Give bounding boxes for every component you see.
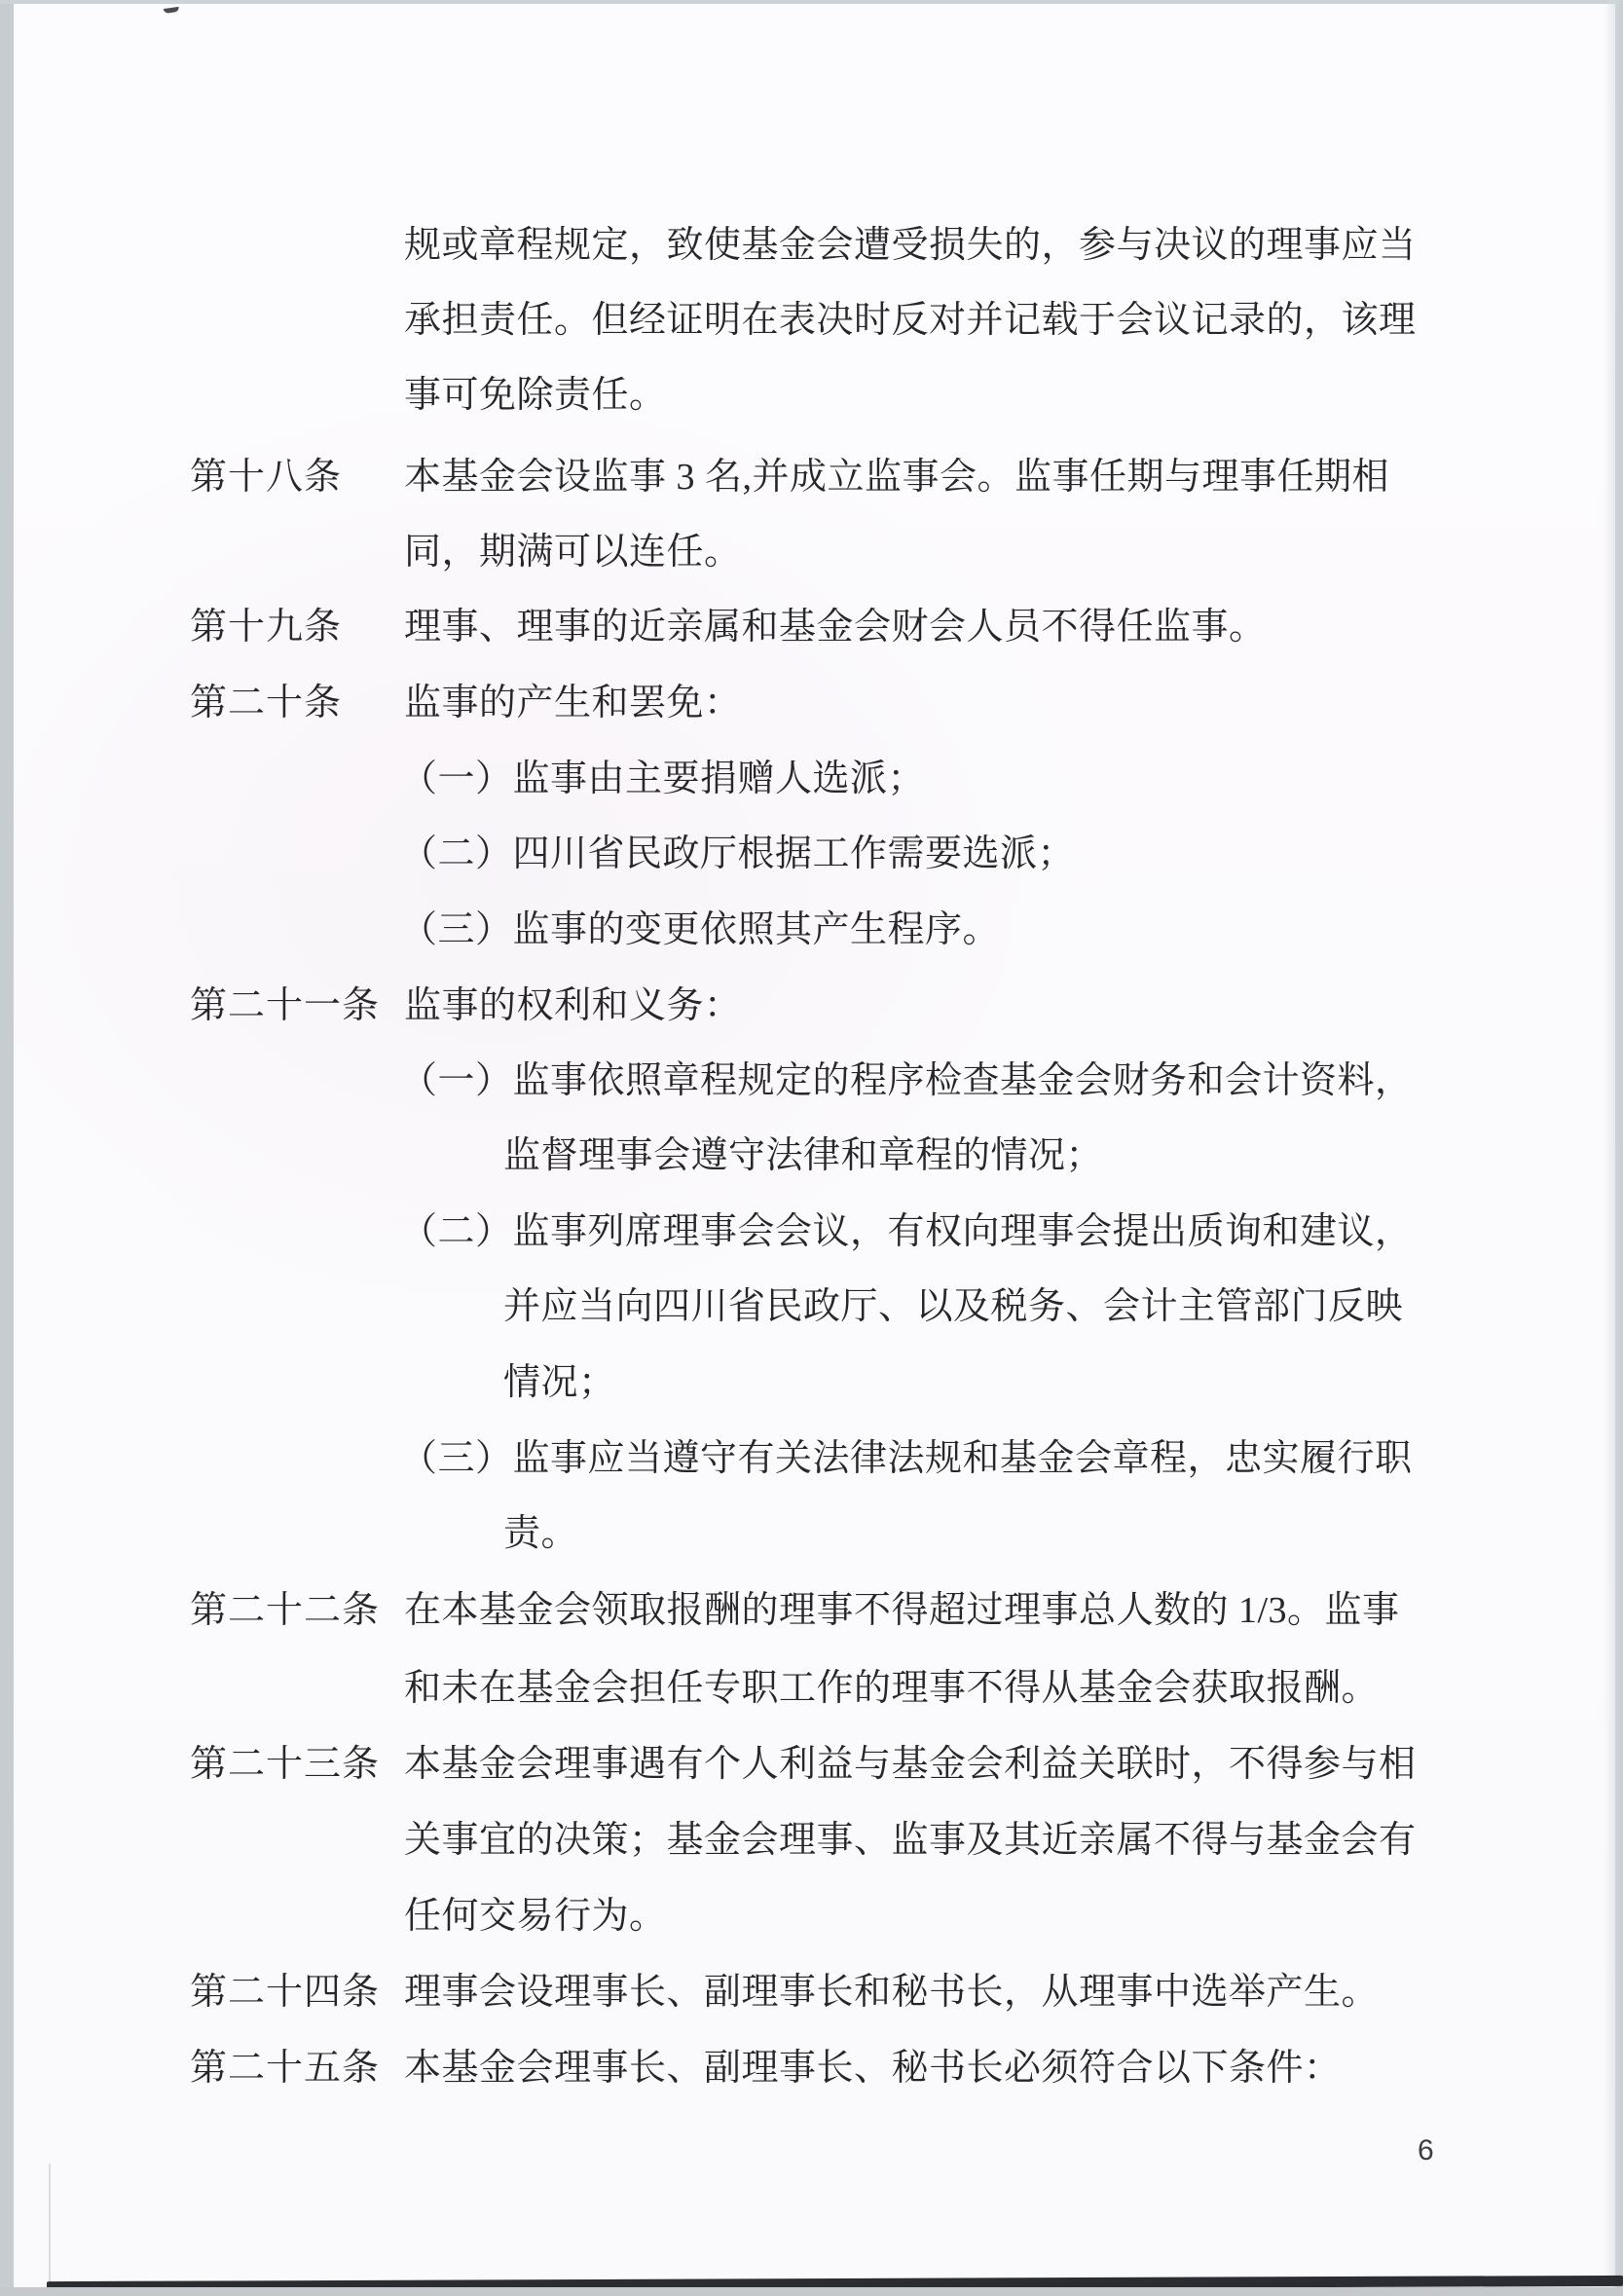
article-line: 第十九条理事、理事的近亲属和基金会财会人员不得任监事。 [190, 604, 1267, 650]
article-text: 理事、理事的近亲属和基金会财会人员不得任监事。 [404, 607, 1267, 648]
page-number: 6 [1418, 2134, 1434, 2167]
text-line: 事可免除责任。 [404, 372, 667, 419]
text-line: 情况； [503, 1359, 616, 1406]
text-line: 关事宜的决策；基金会理事、监事及其近亲属不得与基金会有 [404, 1817, 1417, 1864]
scanner-bottom-edge [0, 2287, 1623, 2296]
article-number: 第十九条 [190, 604, 404, 650]
article-number: 第二十条 [190, 680, 404, 726]
article-text: 理事会设理事长、副理事长和秘书长，从理事中选举产生。 [404, 1972, 1379, 2013]
text-line: 任何交易行为。 [404, 1893, 667, 1940]
text-line: 规或章程规定，致使基金会遭受损失的，参与决议的理事应当 [404, 222, 1417, 269]
text-line: 并应当向四川省民政厅、以及税务、会计主管部门反映 [503, 1283, 1403, 1330]
article-line: 第二十五条本基金会理事长、副理事长、秘书长必须符合以下条件： [190, 2045, 1342, 2092]
text-line: 监督理事会遵守法律和章程的情况； [503, 1132, 1103, 1179]
text-line: 和未在基金会担任专职工作的理事不得从基金会获取报酬。 [404, 1665, 1379, 1712]
article-number: 第二十五条 [190, 2045, 404, 2092]
article-text: 本基金会理事遇有个人利益与基金会利益关联时，不得参与相 [404, 1744, 1417, 1785]
text-line: 责。 [503, 1510, 578, 1557]
article-number: 第二十四条 [190, 1969, 404, 2016]
article-text: 本基金会设监事 3 名,并成立监事会。监事任期与理事任期相 [404, 457, 1389, 498]
article-text: 本基金会理事长、副理事长、秘书长必须符合以下条件： [404, 2048, 1342, 2089]
paper-crease [49, 2164, 51, 2284]
list-item: （一）监事依照章程规定的程序检查基金会财务和会计资料， [400, 1057, 1413, 1104]
article-number: 第二十一条 [190, 982, 404, 1029]
article-line: 第二十条监事的产生和罢免： [190, 680, 742, 726]
scanned-document-page: { "colors": { "paper": "#fbfafc", "text"… [0, 0, 1623, 2296]
list-item: （二）四川省民政厅根据工作需要选派； [400, 831, 1075, 877]
list-item: （三）监事应当遵守有关法律法规和基金会章程，忠实履行职 [400, 1435, 1413, 1482]
article-line: 第十八条本基金会设监事 3 名,并成立监事会。监事任期与理事任期相 [190, 454, 1389, 500]
article-line: 第二十四条理事会设理事长、副理事长和秘书长，从理事中选举产生。 [190, 1969, 1379, 2016]
article-line: 第二十一条监事的权利和义务： [190, 982, 742, 1029]
article-line: 第二十三条本基金会理事遇有个人利益与基金会利益关联时，不得参与相 [190, 1741, 1417, 1788]
list-item: （二）监事列席理事会会议，有权向理事会提出质询和建议， [400, 1208, 1413, 1255]
text-line: 同，期满可以连任。 [404, 529, 742, 575]
list-item: （一）监事由主要捐赠人选派； [400, 756, 925, 802]
article-text: 监事的权利和义务： [404, 985, 742, 1026]
article-text: 在本基金会领取报酬的理事不得超过理事总人数的 1/3。监事 [404, 1590, 1400, 1631]
article-number: 第二十三条 [190, 1741, 404, 1788]
text-line: 承担责任。但经证明在表决时反对并记载于会议记录的，该理 [404, 297, 1417, 344]
page-right-edge-shadow [1604, 0, 1623, 2296]
scanner-top-edge [0, 0, 1623, 4]
list-item: （三）监事的变更依照其产生程序。 [400, 907, 1000, 953]
article-number: 第十八条 [190, 454, 404, 500]
article-line: 第二十二条在本基金会领取报酬的理事不得超过理事总人数的 1/3。监事 [190, 1587, 1400, 1634]
article-number: 第二十二条 [190, 1587, 404, 1634]
article-text: 监事的产生和罢免： [404, 683, 742, 723]
